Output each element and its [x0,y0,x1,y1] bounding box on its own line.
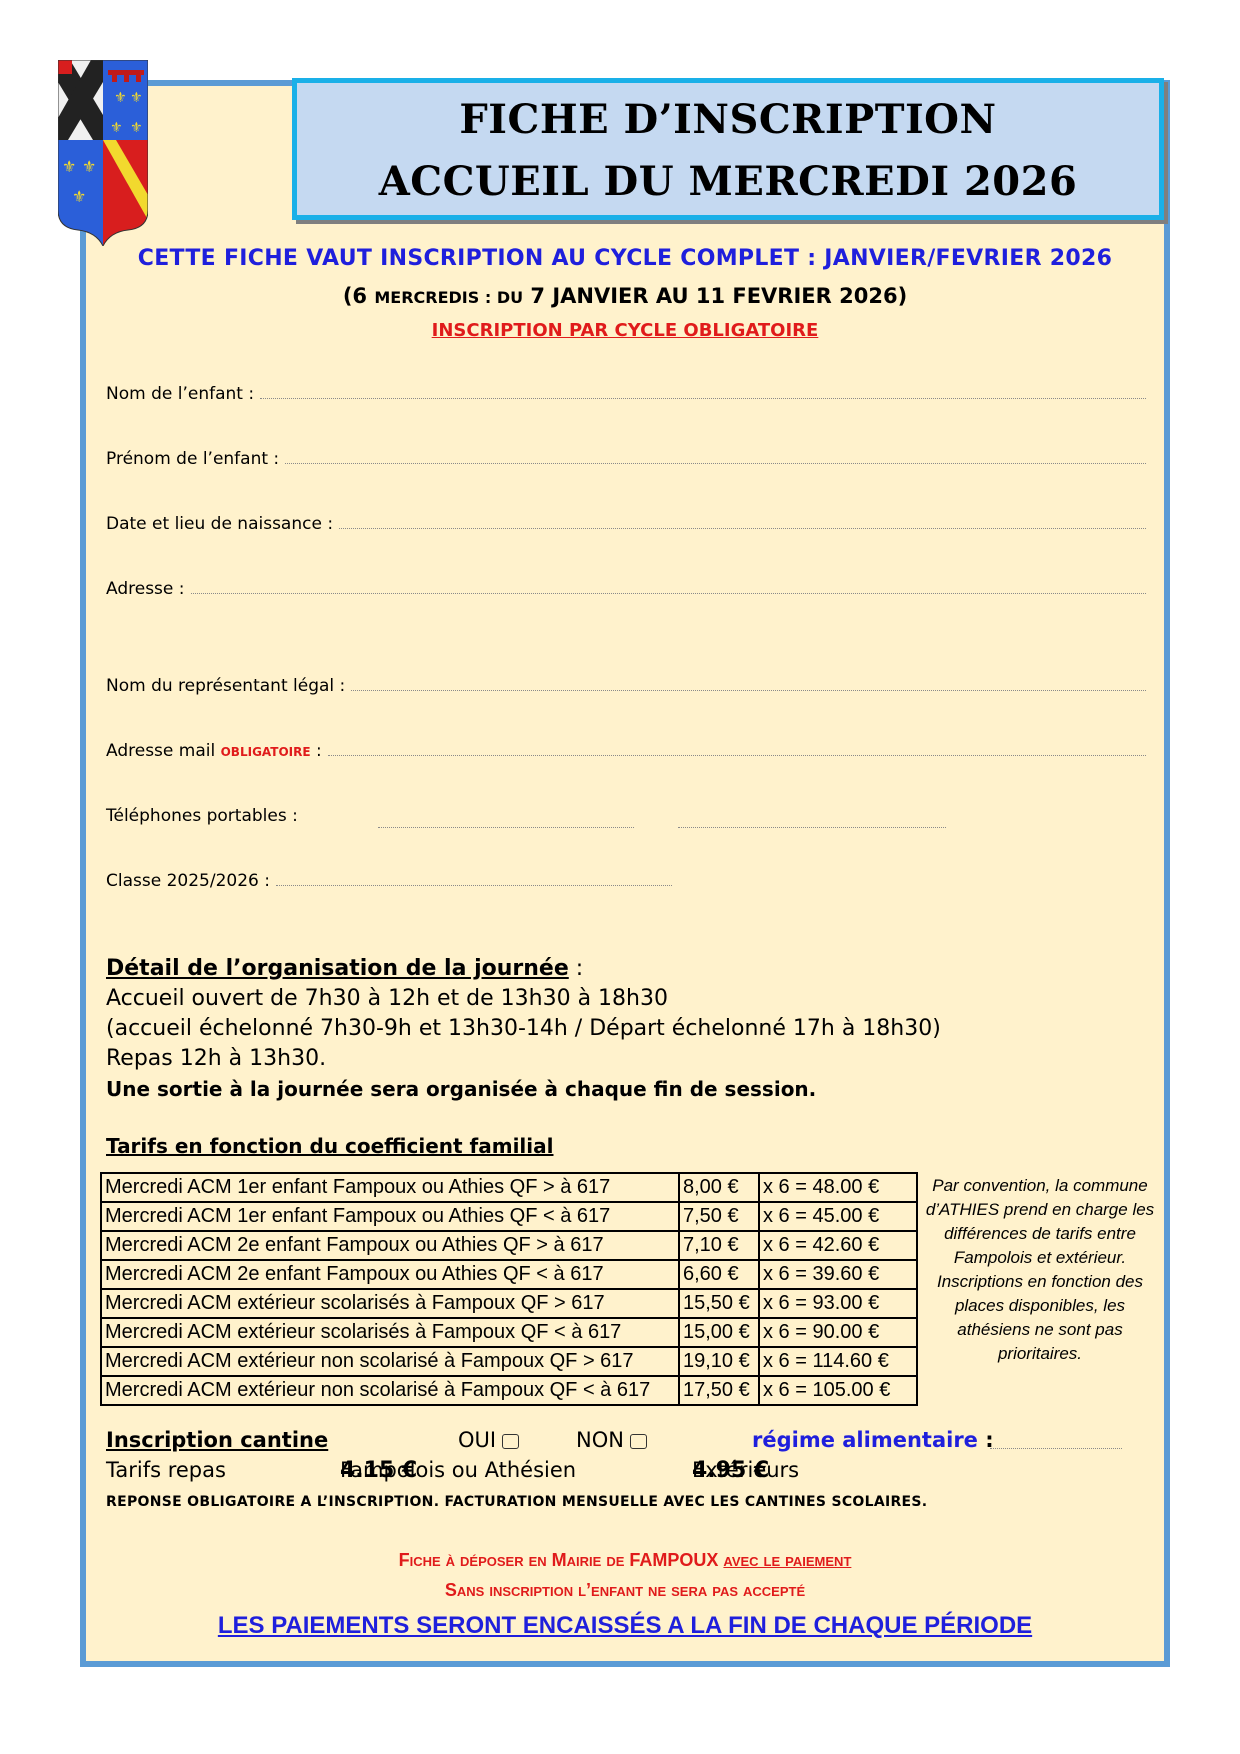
field-class[interactable]: Classe 2025/2026 : [106,871,672,891]
svg-text:⚜: ⚜ [72,187,86,206]
regime-input[interactable] [990,1448,1122,1449]
footer-payments: LES PAIEMENTS SERONT ENCAISSÉS A LA FIN … [86,1612,1164,1640]
cycle-dates-small: MERCREDIS : DU [374,288,523,307]
tarif-price: 15,00 € [679,1318,759,1347]
exterieurs-price: Extérieurs 4.95 € [692,1458,769,1483]
field-legal-rep[interactable]: Nom du représentant légal : [106,676,1146,696]
tarif-label: Mercredi ACM extérieur scolarisés à Famp… [101,1289,679,1318]
tarif-total: x 6 = 45.00 € [759,1202,917,1231]
address-input[interactable] [191,592,1146,594]
cycle-dates: (6 MERCREDIS : DU 7 JANVIER AU 11 FEVRIE… [86,284,1164,308]
tarif-label: Mercredi ACM 1er enfant Fampoux ou Athie… [101,1173,679,1202]
exterieurs-label: Extérieurs [692,1458,799,1482]
field-child-firstname[interactable]: Prénom de l’enfant : [106,449,1146,469]
email-input[interactable] [328,754,1146,756]
footer-deposit: Fiche à déposer en Mairie de FAMPOUX ave… [86,1550,1164,1571]
tarif-label: Mercredi ACM 2e enfant Fampoux ou Athies… [101,1231,679,1260]
tarifs-title: Tarifs en fonction du coefficient famili… [106,1134,553,1158]
cycle-dates-prefix: (6 [343,284,375,308]
svg-text:⚜: ⚜ [114,90,127,106]
tarif-price: 17,50 € [679,1376,759,1405]
cantine-mandatory-note: REPONSE OBLIGATOIRE A L’INSCRIPTION. FAC… [106,1494,927,1510]
title-box: FICHE D’INSCRIPTION ACCUEIL DU MERCREDI … [292,78,1164,220]
oui-label: OUI [458,1428,496,1452]
table-row: Mercredi ACM extérieur non scolarisé à F… [101,1347,917,1376]
footer-deposit-underlined: avec le paiement [723,1550,851,1570]
field-label: Date et lieu de naissance : [106,514,339,534]
table-row: Mercredi ACM 2e enfant Fampoux ou Athies… [101,1231,917,1260]
required-tag: OBLIGATOIRE [221,745,311,759]
page-title: FICHE D’INSCRIPTION [297,89,1159,151]
svg-text:⚜: ⚜ [62,157,76,176]
tarif-total: x 6 = 39.60 € [759,1260,917,1289]
tarif-label: Mercredi ACM 2e enfant Fampoux ou Athies… [101,1260,679,1289]
phone-input-2[interactable] [678,826,946,828]
tarif-total: x 6 = 90.00 € [759,1318,917,1347]
page-subtitle-title: ACCUEIL DU MERCREDI 2026 [297,151,1159,213]
tarif-total: x 6 = 42.60 € [759,1231,917,1260]
tarif-price: 6,60 € [679,1260,759,1289]
footer-deposit-text: Fiche à déposer en Mairie de FAMPOUX [399,1550,724,1570]
day-heading: Détail de l’organisation de la journée [106,956,569,981]
tarif-total: x 6 = 93.00 € [759,1289,917,1318]
field-email[interactable]: Adresse mail OBLIGATOIRE : [106,741,1146,761]
table-row: Mercredi ACM extérieur scolarisés à Famp… [101,1289,917,1318]
tarif-label: Mercredi ACM 1er enfant Fampoux ou Athie… [101,1202,679,1231]
phone-input-1[interactable] [378,826,634,828]
child-firstname-input[interactable] [285,462,1146,464]
field-label: Adresse mail OBLIGATOIRE : [106,741,328,761]
legal-rep-input[interactable] [351,689,1146,691]
regime-label: régime alimentaire : [752,1428,994,1452]
table-row: Mercredi ACM extérieur non scolarisé à F… [101,1376,917,1405]
tarif-total: x 6 = 48.00 € [759,1173,917,1202]
non-label: NON [576,1428,624,1452]
class-input[interactable] [276,884,672,886]
tarif-total: x 6 = 105.00 € [759,1376,917,1405]
field-label: Prénom de l’enfant : [106,449,285,469]
table-row: Mercredi ACM 1er enfant Fampoux ou Athie… [101,1202,917,1231]
tarif-price: 15,50 € [679,1289,759,1318]
birth-input[interactable] [339,527,1146,529]
day-line: Accueil ouvert de 7h30 à 12h et de 13h30… [106,984,941,1014]
field-label: Nom de l’enfant : [106,384,260,404]
tarif-label: Mercredi ACM extérieur non scolarisé à F… [101,1376,679,1405]
regime-text: régime alimentaire [752,1428,978,1452]
cycle-mandatory: INSCRIPTION PAR CYCLE OBLIGATOIRE [86,320,1164,341]
table-row: Mercredi ACM 1er enfant Fampoux ou Athie… [101,1173,917,1202]
child-lastname-input[interactable] [260,397,1146,399]
email-label-suffix: : [311,741,322,761]
cantine-non-option[interactable]: NON [576,1428,647,1452]
cantine-label: Inscription cantine [106,1428,328,1452]
day-heading-suffix: : [569,956,583,981]
fampolois-label: Fampolois ou Athésien [340,1458,576,1482]
coat-of-arms-icon: ⚜ ⚜ ⚜ ⚜ ⚜ ⚜ ⚜ [58,60,148,246]
oui-checkbox[interactable] [502,1434,519,1449]
svg-text:⚜: ⚜ [110,120,123,136]
fampolois-price: Fampolois ou Athésien 4.15 € [340,1458,417,1483]
athies-note: Par convention, la commune d’ATHIES pren… [924,1174,1156,1366]
field-address[interactable]: Adresse : [106,579,1146,599]
svg-text:⚜: ⚜ [130,90,143,106]
day-line-bold: Une sortie à la journée sera organisée à… [106,1074,941,1104]
svg-text:⚜: ⚜ [82,157,96,176]
field-phones: Téléphones portables : [106,806,406,826]
tarif-label: Mercredi ACM extérieur scolarisés à Famp… [101,1318,679,1347]
field-label: Téléphones portables : [106,806,304,826]
tarif-total: x 6 = 114.60 € [759,1347,917,1376]
tarif-price: 19,10 € [679,1347,759,1376]
non-checkbox[interactable] [630,1434,647,1449]
cycle-notice: CETTE FICHE VAUT INSCRIPTION AU CYCLE CO… [86,246,1164,271]
svg-text:⚜: ⚜ [130,120,143,136]
tarif-price: 7,10 € [679,1231,759,1260]
tarifs-table: Mercredi ACM 1er enfant Fampoux ou Athie… [100,1172,918,1406]
field-birth[interactable]: Date et lieu de naissance : [106,514,1146,534]
field-label: Adresse : [106,579,191,599]
tarif-label: Mercredi ACM extérieur non scolarisé à F… [101,1347,679,1376]
email-label: Adresse mail [106,741,215,761]
day-organisation: Détail de l’organisation de la journée :… [106,954,941,1104]
table-row: Mercredi ACM 2e enfant Fampoux ou Athies… [101,1260,917,1289]
meal-prices-label: Tarifs repas [106,1458,226,1482]
footer-warning: Sans inscription l’enfant ne sera pas ac… [86,1580,1164,1601]
day-line: Repas 12h à 13h30. [106,1044,941,1074]
cycle-dates-main: 7 JANVIER AU 11 FEVRIER 2026) [523,284,907,308]
field-label: Nom du représentant légal : [106,676,351,696]
field-child-lastname[interactable]: Nom de l’enfant : [106,384,1146,404]
tarif-price: 8,00 € [679,1173,759,1202]
field-label: Classe 2025/2026 : [106,871,276,891]
table-row: Mercredi ACM extérieur scolarisés à Famp… [101,1318,917,1347]
tarif-price: 7,50 € [679,1202,759,1231]
day-line: (accueil échelonné 7h30-9h et 13h30-14h … [106,1014,941,1044]
cantine-oui-option[interactable]: OUI [458,1428,519,1452]
